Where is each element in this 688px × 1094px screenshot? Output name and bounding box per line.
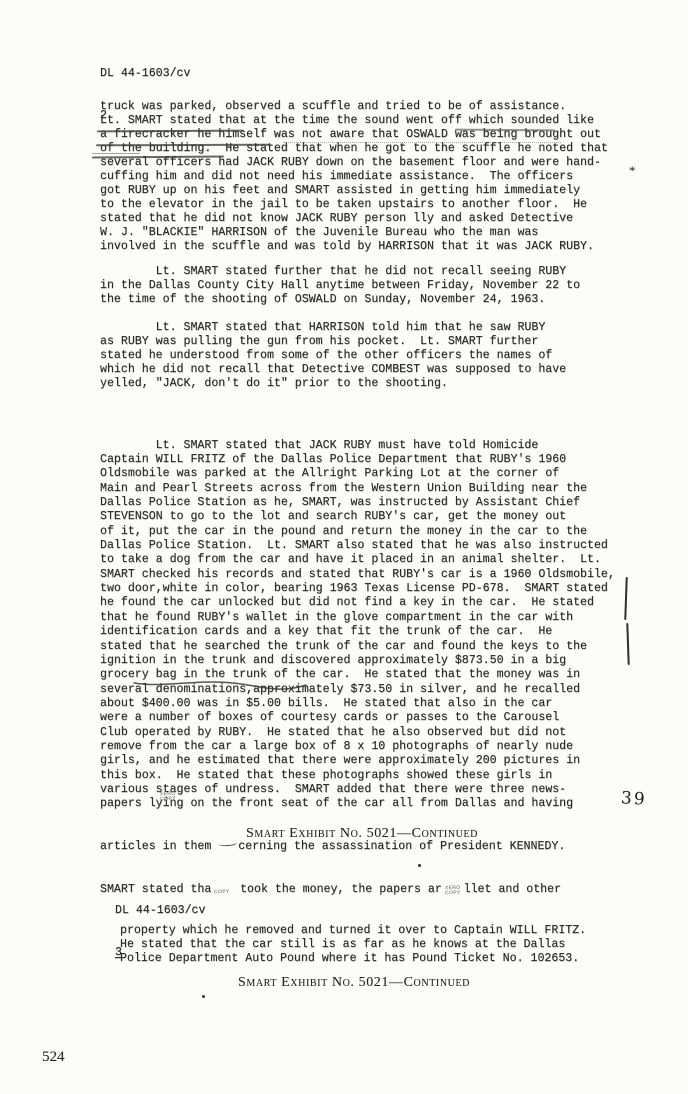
pencil-swoosh-underline-400-dollars	[128, 676, 323, 700]
xerox-copy-stamp: XERO COPY	[160, 792, 176, 802]
paragraph-4-lines: Lt. SMART stated that JACK RUBY must hav…	[100, 439, 615, 812]
scan-speck	[202, 995, 205, 998]
pencil-dotted-underline-oswald	[283, 142, 561, 143]
exhibit-caption-1: Smart Exhibit No. 5021—Continued	[0, 826, 688, 842]
ink-margin-line-1	[624, 577, 627, 620]
line28-seg3: llet and other	[464, 883, 561, 896]
line27-seg2: cerning the assassination of President K…	[238, 840, 565, 853]
xerox-copy-stamp: COPY	[214, 890, 230, 895]
paragraph-3: Lt. SMART stated that HARRISON told him …	[100, 321, 566, 391]
paragraph-4-line27: articles in them cerning the assassinati…	[100, 840, 615, 854]
paragraph-4: Lt. SMART stated that JACK RUBY must hav…	[100, 410, 615, 926]
paragraph-2: Lt. SMART stated further that he did not…	[100, 265, 580, 307]
margin-asterisk-mark: *	[629, 163, 636, 179]
file-number: DL 44-1603/cv	[100, 67, 190, 81]
line27-seg1: articles in them	[100, 840, 218, 853]
handwritten-margin-number: 39	[620, 788, 647, 810]
exhibit-caption-2: Smart Exhibit No. 5021—Continued	[0, 975, 688, 991]
scan-speck	[418, 864, 421, 867]
xerox-copy-stamp: XERO COPY	[445, 885, 461, 895]
volume-page-number: 524	[42, 1049, 65, 1066]
line28-seg2: took the money, the papers ar	[233, 883, 442, 896]
file-number: DL 44-1603/cv	[115, 904, 205, 918]
paragraph-1: truck was parked, observed a scuffle and…	[100, 100, 608, 254]
scanned-document-page: DL 44-1603/cv 2 truck was parked, observ…	[0, 0, 688, 1094]
ink-margin-line-2	[626, 623, 629, 665]
paragraph-5: property which he removed and turned it …	[120, 924, 586, 966]
